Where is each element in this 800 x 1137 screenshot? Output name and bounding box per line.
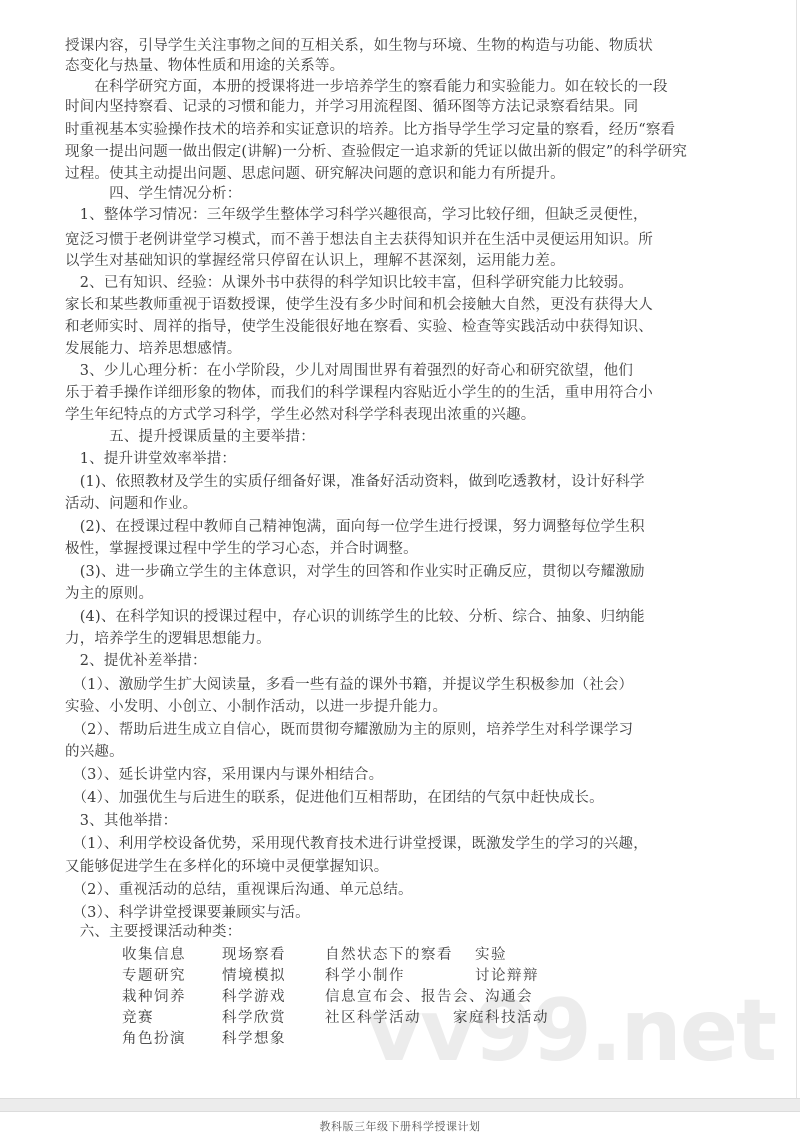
activity-item: 现场察看	[222, 945, 286, 965]
activity-item: 角色扮演	[122, 1029, 186, 1049]
activity-item: 社区科学活动	[325, 1008, 421, 1028]
text-line: (1)、依照教材及学生的实质仔细备好课，准备好活动资料，做到吃透教材，设计好科学	[65, 472, 645, 492]
text-line: 过程。使其主动提出问题、思虑问题、研究解决问题的意识和能力有所提升。	[65, 164, 565, 184]
text-line: 和老师实时、周祥的指导，使学生没能很好地在察看、实验、检查等实践活动中获得知识、	[65, 317, 653, 337]
activity-item: 科学游戏	[222, 987, 286, 1007]
text-line: 宽泛习惯于老例讲堂学习模式，而不善于想法自主去获得知识并在生活中灵便运用知识。所	[65, 230, 653, 250]
text-line: 活动、问题和作业。	[65, 494, 197, 514]
text-line: 时重视基本实验操作技术的培养和实证意识的培养。比方指导学生学习定量的察看，经历“…	[65, 120, 675, 140]
page-divider	[0, 1098, 800, 1112]
text-line: 以学生对基础知识的掌握经常只停留在认识上，理解不甚深刻，运用能力差。	[65, 251, 565, 271]
text-line: 时间内坚持察看、记录的习惯和能力，并学习用流程图、循环图等方法记录察看结果。同	[65, 97, 638, 117]
activity-item: 情境模拟	[222, 966, 286, 986]
text-line: 极性，掌握授课过程中学生的学习心态，并合时调整。	[65, 539, 418, 559]
text-line: （2）、帮助后进生成立自信心，既而贯彻夸耀激励为主的原则，培养学生对科学课学习	[65, 720, 633, 740]
text-line: 1、整体学习情况：三年级学生整体学习科学兴趣很高，学习比较仔细，但缺乏灵便性，	[65, 205, 648, 225]
text-line: 态变化与热量、物体性质和用途的关系等。	[65, 56, 344, 76]
activity-item: 自然状态下的察看	[325, 945, 453, 965]
text-line: (2)、在授课过程中教师自己精神饱满，面向每一位学生进行授课，努力调整每位学生积	[65, 517, 645, 537]
activity-item: 收集信息	[122, 945, 186, 965]
text-line: （1）、利用学校设备优势，采用现代教育技术进行讲堂授课，既激发学生的学习的兴趣，	[65, 834, 648, 854]
text-line: 为主的原则。	[65, 584, 153, 604]
activity-item: 家庭科技活动	[453, 1008, 549, 1028]
text-line: 乐于着手操作详细形象的物体，而我们的科学课程内容贴近小学生的的生活，重申用符合小	[65, 383, 653, 403]
activity-item: 竞赛	[122, 1008, 154, 1028]
text-line: （3）、科学讲堂授课要兼顾实与活。	[65, 903, 310, 923]
text-line: （2）、重视活动的总结，重视课后沟通、单元总结。	[65, 880, 413, 900]
subheading: 3、其他举措：	[65, 811, 177, 831]
text-line: （4）、加强优生与后进生的联系，促进他们互相帮助，在团结的气氛中赶快成长。	[65, 788, 604, 808]
text-line: 又能够促进学生在多样化的环境中灵便掌握知识。	[65, 857, 388, 877]
text-line: 3、少儿心理分析：在小学阶段，少儿对周围世界有着强烈的好奇心和研究欲望，他们	[65, 361, 633, 381]
subheading: 1、提升讲堂效率举措：	[65, 449, 236, 469]
text-line: (3)、进一步确立学生的主体意识，对学生的回答和作业实时正确反应，贯彻以夸耀激励	[65, 562, 645, 582]
text-line: 实验、小发明、小创立、小制作活动，以进一步提升能力。	[65, 697, 447, 717]
activity-item: 讨论辩辩	[475, 966, 539, 986]
activity-item: 栽种饲养	[122, 987, 186, 1007]
text-line: 力，培养学生的逻辑思想能力。	[65, 629, 271, 649]
text-line: （3）、延长讲堂内容，采用课内与课外相结合。	[65, 765, 383, 785]
page-footer-title: 教科版三年级下册科学授课计划	[0, 1118, 800, 1134]
activity-item: 科学想象	[222, 1029, 286, 1049]
text-line: 在科学研究方面，本册的授课将进一步培养学生的察看能力和实验能力。如在较长的一段	[65, 77, 668, 97]
section-heading-5: 五、提升授课质量的主要举措：	[65, 427, 315, 447]
text-line: 发展能力、培养思想感情。	[65, 339, 241, 359]
activity-item: 科学欣赏	[222, 1008, 286, 1028]
text-line: 的兴趣。	[65, 742, 124, 762]
text-line: 现象一提出问题一做出假定(讲解)一分析、查验假定一追求新的凭证以做出新的假定”的…	[65, 142, 687, 162]
activity-item: 信息宣布会、报告会、沟通会	[325, 987, 533, 1007]
document-page: 授课内容，引导学生关注事物之间的互相关系，如生物与环境、生物的构造与功能、物质状…	[0, 0, 797, 1098]
section-heading-6: 六、主要授课活动种类：	[65, 922, 241, 942]
text-line: 授课内容，引导学生关注事物之间的互相关系，如生物与环境、生物的构造与功能、物质状	[65, 36, 653, 56]
text-line: (4)、在科学知识的授课过程中，存心识的训练学生的比较、分析、综合、抽象、归纳能	[65, 607, 645, 627]
text-line: （1）、激励学生扩大阅读量，多看一些有益的课外书籍，并提议学生积极参加（社会）	[65, 675, 633, 695]
text-line: 家长和某些教师重视于语数授课，使学生没有多少时间和机会接触大自然，更没有获得大人	[65, 295, 653, 315]
text-line: 2、已有知识、经验：从课外书中获得的科学知识比较丰富，但科学研究能力比较弱。	[65, 273, 633, 293]
subheading: 2、提优补差举措：	[65, 651, 207, 671]
activity-item: 专题研究	[122, 966, 186, 986]
activity-item: 科学小制作	[325, 966, 405, 986]
activity-item: 实验	[475, 945, 507, 965]
section-heading-4: 四、学生情况分析：	[65, 184, 241, 204]
text-line: 学生年纪特点的方式学习科学，学生必然对科学学科表现出浓重的兴趣。	[65, 405, 535, 425]
